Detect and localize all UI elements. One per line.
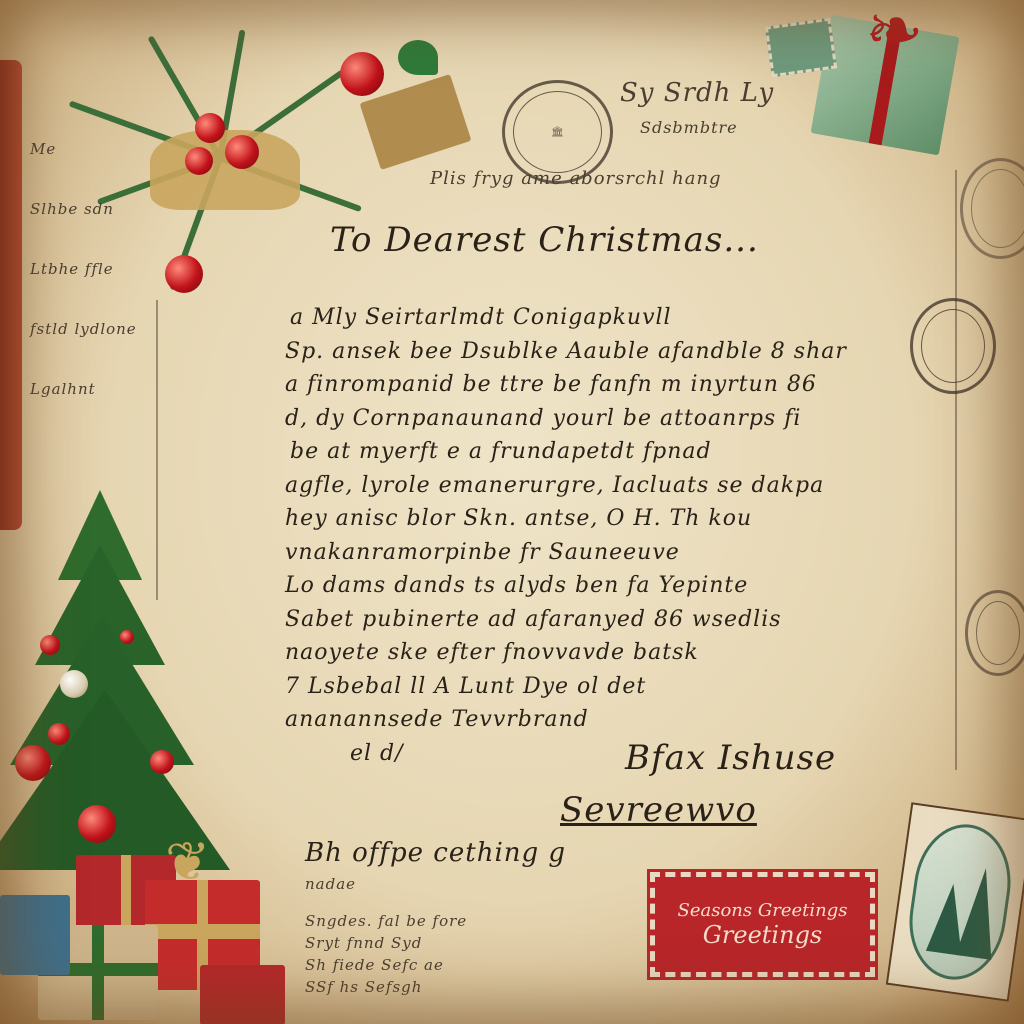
- margin-note: Lgalhnt: [30, 380, 96, 398]
- footer-note: Sh fiede Sefc ae: [305, 956, 444, 974]
- letter-body-line: el d/: [350, 741, 404, 766]
- postmark-right-lower: [965, 590, 1024, 676]
- footer-note: Sngdes. fal be fore: [305, 912, 467, 930]
- header-scribble: Plis fryg ame aborsrchl hang: [430, 168, 722, 189]
- letter-body-line: agfle, lyrole emanerurgre, Iacluats se d…: [285, 473, 824, 498]
- letter-body-line: ananannsede Tevvrbrand: [285, 707, 589, 732]
- signature-line: Bfax Ishuse: [625, 738, 836, 778]
- header-scribble: Sy Srdh Ly: [620, 78, 774, 108]
- letter-body-line: Lo dams dands ts alyds ben fa Yepinte: [285, 573, 748, 598]
- postscript: nadae: [305, 875, 356, 893]
- letter-body-line: 7 Lsbebal ll A Lunt Dye ol det: [285, 674, 646, 699]
- footer-note: Sryt fnnd Syd: [305, 934, 422, 952]
- footer-note: SSf hs Sefsgh: [305, 978, 422, 996]
- margin-note: Me: [30, 140, 56, 158]
- green-stamp-top: [765, 18, 837, 78]
- small-gift-decoration: [358, 62, 473, 167]
- margin-note: Ltbhe ffle: [30, 260, 114, 278]
- letter-body-line: vnakanramorpinbe fr Sauneeuve: [285, 540, 680, 565]
- signature-name: Sevreewvo: [560, 790, 757, 830]
- header-scribble: Sdsbmbtre: [640, 118, 738, 137]
- letter-body-line: a finrompanid be ttre be fanfn m inyrtun…: [285, 372, 817, 397]
- red-stamp-line2: Greetings: [703, 921, 823, 949]
- letter-body-line: Sp. ansek bee Dsublke Aauble afandble 8 …: [285, 339, 847, 364]
- letter-body-line: naoyete ske efter fnovvavde batsk: [285, 640, 699, 665]
- letter-body-line: hey anisc blor Skn. antse, O H. Th kou: [285, 506, 752, 531]
- margin-note: fstld lydlone: [30, 320, 137, 338]
- gift-box-red-ribbon: ❧: [810, 0, 1010, 175]
- christmas-tree: ★: [0, 445, 290, 905]
- letter-body-line: d, dy Cornpanaunand yourl be attoanrps f…: [285, 406, 801, 431]
- postscript: Bh offpe cething g: [305, 838, 566, 868]
- green-tree-stamp: [886, 802, 1024, 1001]
- letter-body-line: Sabet pubinerte ad afaranyed 86 wsedlis: [285, 607, 782, 632]
- right-margin-rule: [955, 170, 957, 770]
- letter-body-line: a Mly Seirtarlmdt Conigapkuvll: [290, 305, 672, 330]
- red-stamp-line1: Seasons Greetings: [678, 900, 848, 921]
- postmark-right: [910, 298, 996, 394]
- red-greetings-stamp: Seasons Greetings Greetings: [650, 872, 875, 977]
- letter-heading: To Dearest Christmas...: [330, 220, 759, 260]
- margin-note: Slhbe sdn: [30, 200, 114, 218]
- christmas-letter-illustration: ❧ 🏛 Sy Srdh Ly Sdsbmbtre Plis fryg ame a…: [0, 0, 1024, 1024]
- letter-body-line: be at myerft e a frundapetdt fpnad: [290, 439, 712, 464]
